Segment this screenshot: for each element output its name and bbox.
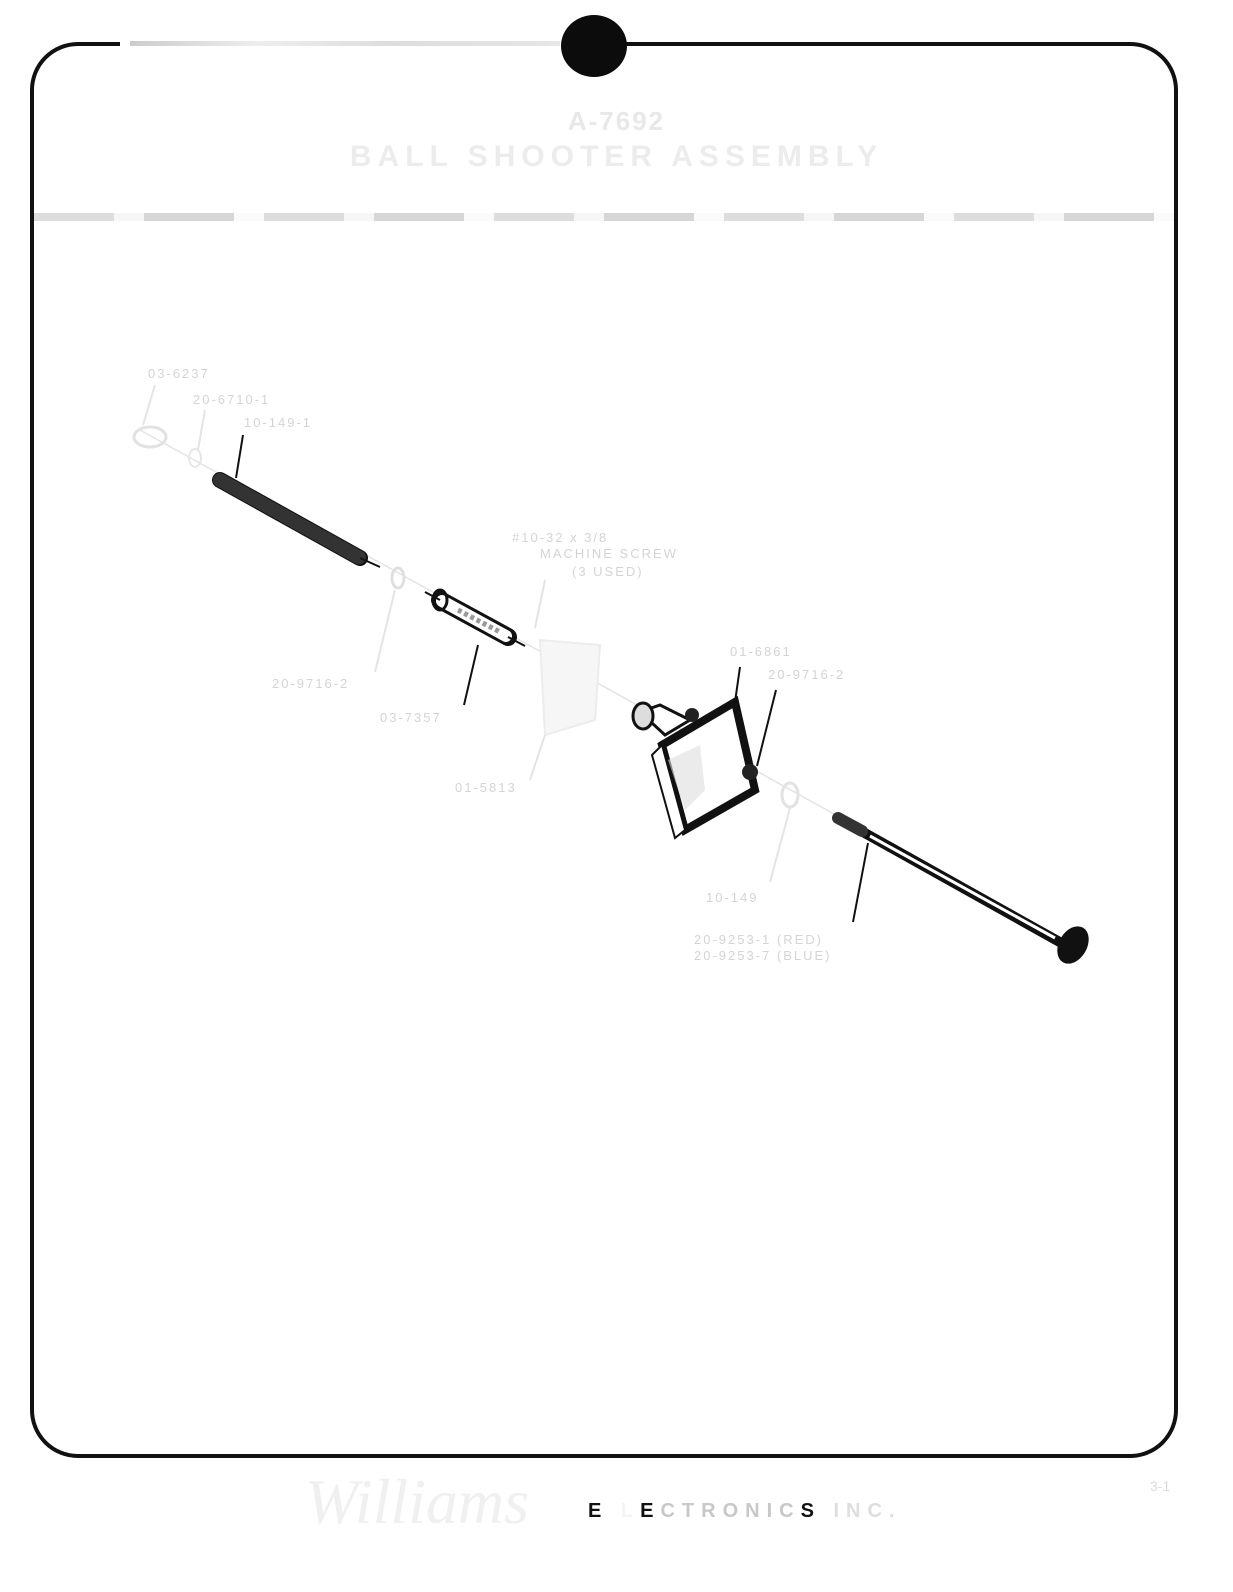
plunger-rod-part [838, 818, 1095, 969]
page-number: 3-1 [1150, 1478, 1170, 1494]
company-letters: CTRONIC [660, 1500, 800, 1522]
faded-plate-part [540, 640, 600, 735]
company-suffix: INC. [833, 1500, 901, 1522]
williams-logo: Williams [305, 1465, 529, 1539]
callout-label: 20-9253-1 (RED) [694, 932, 823, 947]
faded-washer-part-2 [782, 783, 798, 807]
nut-part [134, 427, 166, 447]
company-name: E LECTRONICS INC. [588, 1500, 901, 1523]
callout-label: 20-9716-2 [768, 667, 845, 682]
callout-label: 20-9716-2 [272, 676, 349, 691]
callout-label: 20-6710-1 [193, 392, 270, 407]
company-letter: E [640, 1500, 660, 1522]
exploded-assembly-drawing [0, 0, 1233, 1592]
sleeve-part [425, 590, 525, 646]
callout-label: (3 USED) [572, 564, 644, 579]
company-letter: L [621, 1500, 640, 1522]
callout-label: 03-7357 [380, 710, 442, 725]
callout-label: #10-32 x 3/8 [512, 530, 608, 545]
spring-part [220, 480, 380, 567]
callout-label: MACHINE SCREW [540, 546, 678, 561]
callout-label: 03-6237 [148, 366, 210, 381]
company-letter: S [801, 1500, 821, 1522]
faded-washer-part [392, 568, 404, 588]
callout-label: 20-9253-7 (BLUE) [694, 948, 832, 963]
callout-label: 01-5813 [455, 780, 517, 795]
callout-label: 01-6861 [730, 644, 792, 659]
callout-label: 10-149 [706, 890, 758, 905]
bracket-part [633, 702, 758, 838]
callout-label: 10-149-1 [244, 415, 312, 430]
company-letter: E [588, 1500, 608, 1522]
